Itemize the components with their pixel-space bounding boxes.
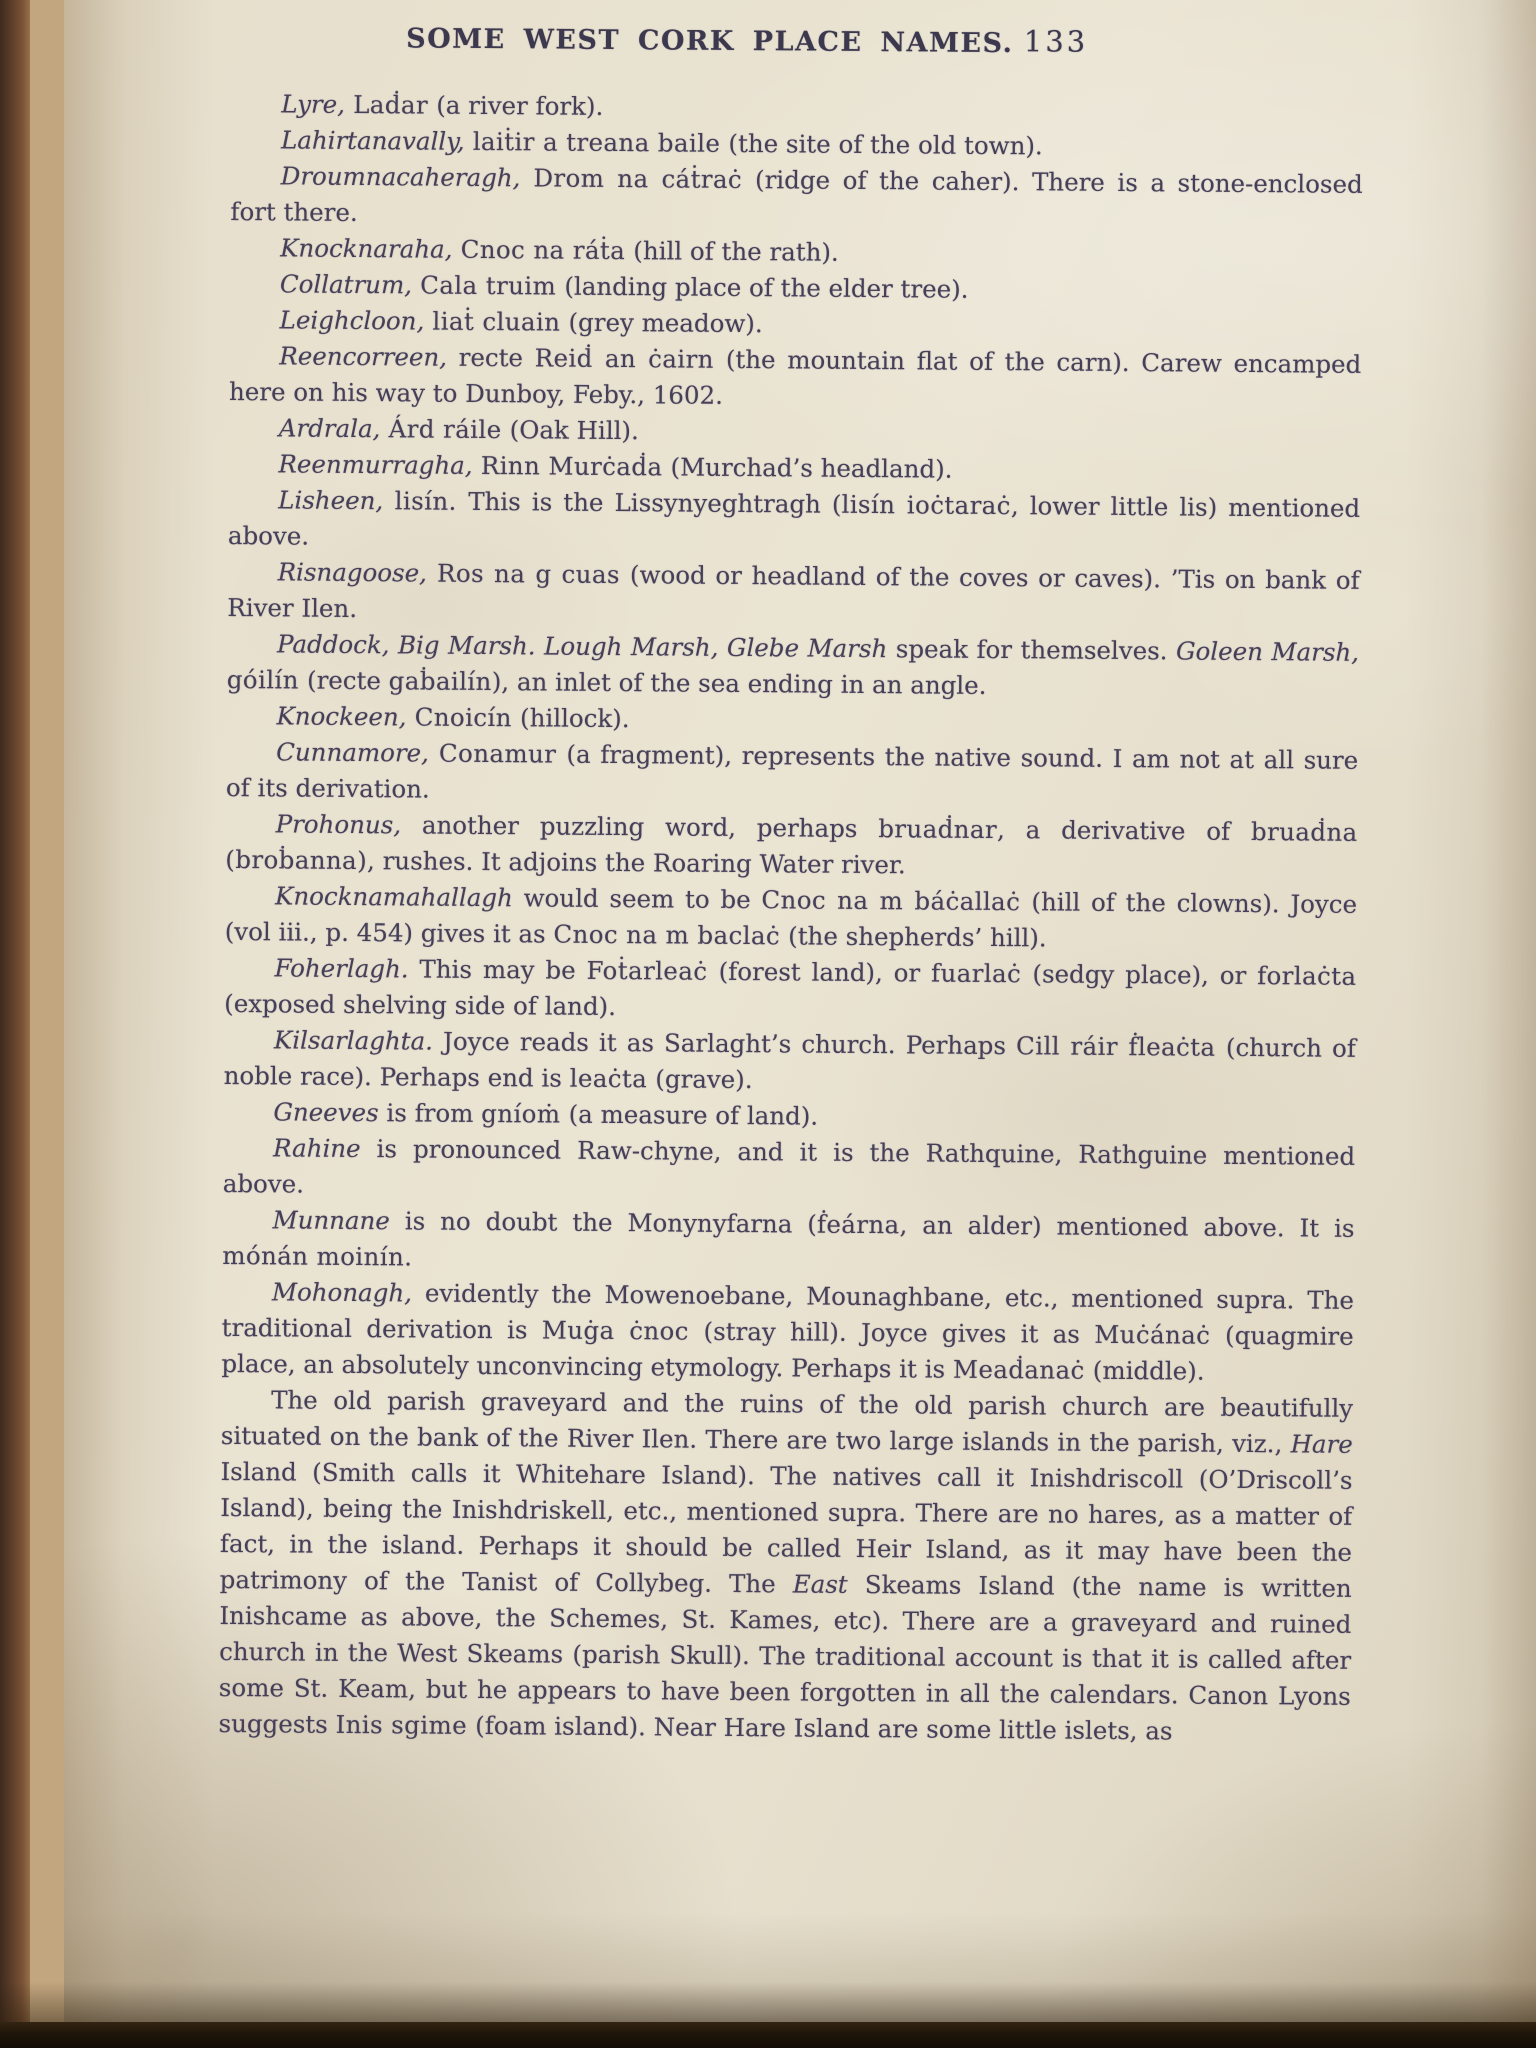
irish-gaelic-text: Muċánaċ <box>1094 1320 1225 1350</box>
text-segment: Joyce reads it as Sarlaght’s church. Per… <box>433 1027 1016 1061</box>
page-title: SOME WEST CORK PLACE NAMES. <box>144 15 1276 68</box>
place-name-entry: Mohonagh, evidently the Mowenoebane, Mou… <box>221 1274 1354 1391</box>
text-segment: (Oak Hill). <box>510 415 639 445</box>
place-name-entry: Droumnacaheragh, Drom na cáṫraċ (ridge o… <box>230 158 1363 239</box>
irish-gaelic-text: liaṫ cluain <box>424 307 568 337</box>
irish-gaelic-text: gaḃailín <box>389 666 492 696</box>
place-name-entry: Rahine is pronounced Raw-chyne, and it i… <box>223 1130 1356 1211</box>
irish-gaelic-text: Cnoc na ráṫa <box>452 235 633 265</box>
irish-gaelic-text: Laḋar <box>345 90 436 120</box>
irish-gaelic-text: Meaḋanaċ <box>953 1355 1093 1385</box>
text-segment: (foam island). Near Hare Island are some… <box>475 1711 1172 1745</box>
place-name-entry: Cunnamore, Conamur (a fragment), represe… <box>226 734 1359 815</box>
place-name: Lahirtanavally, <box>281 125 465 155</box>
place-name: Gneeves <box>273 1097 378 1127</box>
place-name: Reenmurragha, <box>278 449 472 480</box>
place-name-entry: Knocknamahallagh would seem to be Cnoc n… <box>225 878 1358 959</box>
text-segment: (grave). <box>655 1064 752 1094</box>
irish-gaelic-text: gníoṁ <box>481 1099 569 1129</box>
text-segment: (the shep­herds’ hill). <box>788 921 1047 952</box>
irish-gaelic-text: Cnoicín <box>406 702 520 732</box>
text-segment: speak for themselves. <box>887 634 1176 665</box>
irish-gaelic-text: Inis sgime <box>335 1710 475 1740</box>
place-name: Cunnamore, <box>276 737 429 767</box>
place-name-entry: Prohonus, another puzzling word, perhaps… <box>225 806 1358 887</box>
place-name: Lyre, <box>281 89 345 118</box>
page-bottom-shadow <box>0 1982 1536 2022</box>
irish-gaelic-text: fuarlaċ <box>931 959 1033 989</box>
place-name-entry: Lisheen, lisín. This is the Lissynyeghtr… <box>228 482 1361 563</box>
irish-gaelic-text: forlaċta <box>1257 961 1357 991</box>
place-name: Prohonus, <box>276 809 402 839</box>
place-name: Goleen Marsh, <box>1176 636 1359 666</box>
irish-gaelic-text: Árd ráile <box>380 414 510 444</box>
text-segment: recte <box>447 343 535 373</box>
place-name-entry: Kilsarlaghta. Joyce reads it as Sarlaght… <box>224 1022 1357 1103</box>
irish-gaelic-text: Cala truim <box>412 270 565 300</box>
stacked-page-edges <box>30 0 64 2022</box>
irish-gaelic-text: Foṫarleaċ <box>586 956 718 986</box>
irish-gaelic-text: Ros na g cuas <box>427 559 630 590</box>
text-segment: (recte <box>307 666 389 696</box>
text-segment: (a river fork). <box>436 91 603 121</box>
irish-gaelic-text: Conamur <box>429 739 567 769</box>
irish-gaelic-text: Muġa ċnoc <box>542 1315 704 1345</box>
table-edge <box>0 2022 1536 2048</box>
text-segment: (sedgy place), or <box>1032 959 1257 990</box>
place-name: Droumnacaheragh, <box>281 161 521 192</box>
irish-gaelic-text: lisín. <box>383 486 468 516</box>
text-segment: . <box>404 1242 412 1271</box>
irish-gaelic-text: Drom na cáṫraċ <box>520 163 755 194</box>
place-name-entry: Paddock, Big Marsh. Lough Marsh, Glebe M… <box>227 626 1360 707</box>
irish-gaelic-text: Cnoc na m báċallaċ <box>761 885 1031 916</box>
place-name: East <box>793 1569 848 1598</box>
text-segment: (middle). <box>1093 1356 1205 1386</box>
text-segment: (hillock). <box>520 703 630 733</box>
irish-gaelic-text: góilín <box>227 665 308 695</box>
text-segment: This may be <box>409 954 587 984</box>
place-name: Knocknamahallagh <box>275 881 513 912</box>
place-name: Kilsarlaghta. <box>274 1025 433 1055</box>
page-text-block: SOME WEST CORK PLACE NAMES. 133 Lyre, La… <box>218 16 1364 1751</box>
place-name-entry: Reencorreen, recte Reiḋ an ċairn (the mo… <box>229 338 1362 419</box>
text-segment: This is the Lissynyeghtragh ( <box>468 487 841 519</box>
page-number: 133 <box>1024 24 1089 59</box>
place-name: Knocknaraha, <box>280 233 453 263</box>
place-name: Collatrum, <box>280 269 412 299</box>
text-segment: would seem to be <box>513 883 762 914</box>
place-name: Munnane <box>272 1205 390 1235</box>
irish-gaelic-text: leaċta <box>570 1064 656 1094</box>
place-name-entry: Foherlagh. This may be Foṫarleaċ (forest… <box>224 950 1357 1031</box>
place-name: Mohonagh, <box>272 1277 412 1307</box>
book-page-photo: SOME WEST CORK PLACE NAMES. 133 Lyre, La… <box>0 0 1536 2048</box>
text-segment: (a measure of land). <box>569 1100 819 1131</box>
text-segment: (forest land), or <box>719 957 932 988</box>
place-name: Rahine <box>273 1133 361 1163</box>
book-spine-edge <box>0 0 30 2022</box>
text-segment: (the site of the old town). <box>728 129 1042 160</box>
text-segment: The old parish graveyard and the ruins o… <box>221 1385 1353 1458</box>
text-segment: another puzzling word, perhaps <box>401 810 878 843</box>
irish-gaelic-text: mónán moinín <box>222 1241 404 1271</box>
place-name: Lisheen, <box>278 485 383 515</box>
place-name: Knockeen, <box>276 701 406 731</box>
irish-gaelic-text: laiṫir a treana baile <box>464 127 728 158</box>
text-segment: (landing place of the elder tree). <box>564 272 968 304</box>
text-segment: , a derivative of <box>997 815 1251 846</box>
text-segment: (grey meadow). <box>568 308 762 339</box>
irish-gaelic-text: Rinn Murċaḋa <box>472 451 670 482</box>
text-segment: (exposed shelving side of land). <box>224 989 616 1021</box>
place-name-entries: Lyre, Laḋar (a river fork).Lahirtanavall… <box>218 86 1363 1751</box>
text-segment: (Murchad’s headland). <box>670 452 952 483</box>
text-segment: is from <box>379 1098 482 1128</box>
place-name: Leighcloon, <box>280 305 425 335</box>
text-segment: , rushes. It adjoins the Roaring Water r… <box>367 846 906 879</box>
text-segment: (hill of the rath). <box>633 236 839 267</box>
place-name: Paddock, Big Marsh. Lough Marsh, Glebe M… <box>277 629 887 663</box>
text-segment: (stray hill). Joyce gives it as <box>703 1317 1094 1349</box>
irish-gaelic-text: Cnoc na m baclaċ <box>553 920 788 951</box>
text-segment: is no doubt the Monynyfarna ( <box>390 1206 817 1238</box>
place-name-entry: Munnane is no doubt the Monynyfarna (ḟeá… <box>222 1202 1355 1283</box>
irish-gaelic-text: Cill ráir ḟleaċta <box>1016 1031 1226 1062</box>
irish-gaelic-text: bruaḋnar <box>878 814 997 844</box>
place-name-entry: Risnagoose, Ros na g cuas (wood or headl… <box>227 554 1360 635</box>
irish-gaelic-text: ḟeárna <box>817 1210 900 1240</box>
text-segment: ), an inlet of the sea ending in an angl… <box>492 667 987 700</box>
book-page: SOME WEST CORK PLACE NAMES. 133 Lyre, La… <box>64 0 1536 2022</box>
running-header: SOME WEST CORK PLACE NAMES. 133 <box>232 16 1364 69</box>
text-segment: is pronounced Raw-chyne, and it is the R… <box>223 1134 1355 1199</box>
place-name: Ardrala, <box>279 413 381 443</box>
irish-gaelic-text: Reiḋ an ċairn <box>535 343 726 374</box>
place-name: Hare <box>1291 1429 1353 1458</box>
text-segment: , an alder) mentioned above. It is <box>899 1210 1354 1243</box>
irish-gaelic-text: lisín ioċtaraċ <box>841 490 1011 520</box>
place-name: Reencorreen, <box>279 341 447 371</box>
place-name: Risnagoose, <box>278 557 428 587</box>
place-name: Foherlagh. <box>274 953 408 983</box>
place-name-entry: The old parish graveyard and the ruins o… <box>218 1382 1353 1751</box>
